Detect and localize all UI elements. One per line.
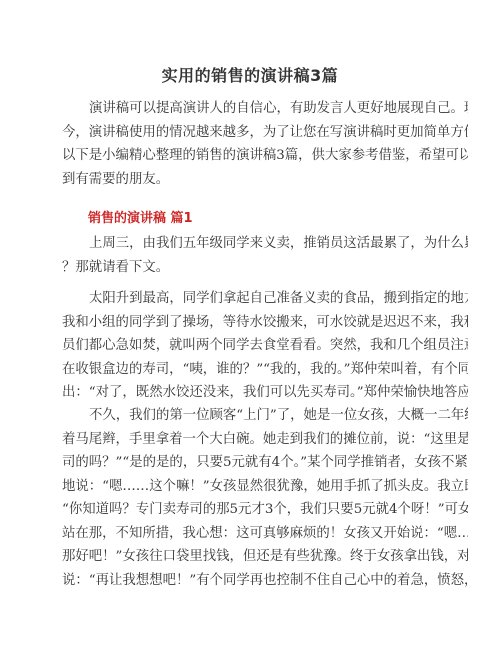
text-line: 今，演讲稿使用的情况越来越多，为了让您在写演讲稿时更加简单方便，: [62, 121, 468, 145]
text-line: 说：“再让我想想吧！”有个同学再也控制不住自己心中的着急，愤怒，忍不: [62, 569, 468, 593]
text-line: 着马尾辫，手里拿着一个大白碗。她走到我们的摊位前，说：“这里是买寿: [62, 428, 468, 452]
paragraph: 太阳升到最高，同学们拿起自己准备义卖的食品，搬到指定的地方， 我和小组的同学到了…: [62, 287, 468, 405]
text-line: 员们都心急如焚，就叫两个同学去食堂看看。突然，我和几个组员注意到: [62, 334, 468, 358]
intro-paragraph: 演讲稿可以提高演讲人的自信心，有助发言人更好地展现自己。现如 今，演讲稿使用的情…: [62, 97, 468, 191]
paragraph: 上周三，由我们五年级同学来义卖，推销员这活最累了，为什么累呢 ？那就请看下文。: [62, 232, 468, 279]
text-line: 以下是小编精心整理的销售的演讲稿3篇，供大家参考借鉴，希望可以帮助: [62, 144, 468, 168]
text-line: 不久，我们的第一位顾客“上门”了，她是一位女孩，大概一二年级，梳: [62, 404, 468, 428]
document-page: 实用的销售的演讲稿3篇 演讲稿可以提高演讲人的自信心，有助发言人更好地展现自己。…: [0, 0, 500, 647]
text-line: 那好吧！”女孩往口袋里找钱，但还是有些犹豫。终于女孩拿出钱，对我们: [62, 545, 468, 569]
text-line: “你知道吗？专门卖寿司的那5元才3个，我们只要5元就4个呀！”可女孩却还: [62, 498, 468, 522]
text-line: ？那就请看下文。: [62, 256, 468, 280]
text-line: 我和小组的同学到了操场，等待水饺搬来，可水饺就是迟迟不来，我和组: [62, 311, 468, 335]
text-line: 地说：“嗯……这个嘛！”女孩显然很犹豫，她用手抓了抓头皮。我立即说：: [62, 475, 468, 499]
text-line: 司的吗？”“是的是的，只要5元就有4个。”某个同学推销者，女孩不紧不慢: [62, 451, 468, 475]
section-heading: 销售的演讲稿 篇1: [88, 207, 193, 226]
text-line: 出：“对了，既然水饺还没来，我们可以先买寿司。”郑仲荣愉快地答应了。: [62, 381, 468, 405]
text-line: 上周三，由我们五年级同学来义卖，推销员这活最累了，为什么累呢: [62, 232, 468, 256]
text-line: 站在那，不知所措，我心想：这可真够麻烦的！女孩又开始说：“嗯……。: [62, 522, 468, 546]
text-line: 演讲稿可以提高演讲人的自信心，有助发言人更好地展现自己。现如: [62, 97, 468, 121]
text-line: 太阳升到最高，同学们拿起自己准备义卖的食品，搬到指定的地方，: [62, 287, 468, 311]
document-title: 实用的销售的演讲稿3篇: [0, 63, 500, 86]
text-line: 在收银盒边的寿司，“咦，谁的？”“我的，我的。”郑仲荣叫着，有个同学提: [62, 358, 468, 382]
text-line: 到有需要的朋友。: [62, 168, 468, 192]
paragraph: 不久，我们的第一位顾客“上门”了，她是一位女孩，大概一二年级，梳 着马尾辫，手里…: [62, 404, 468, 592]
